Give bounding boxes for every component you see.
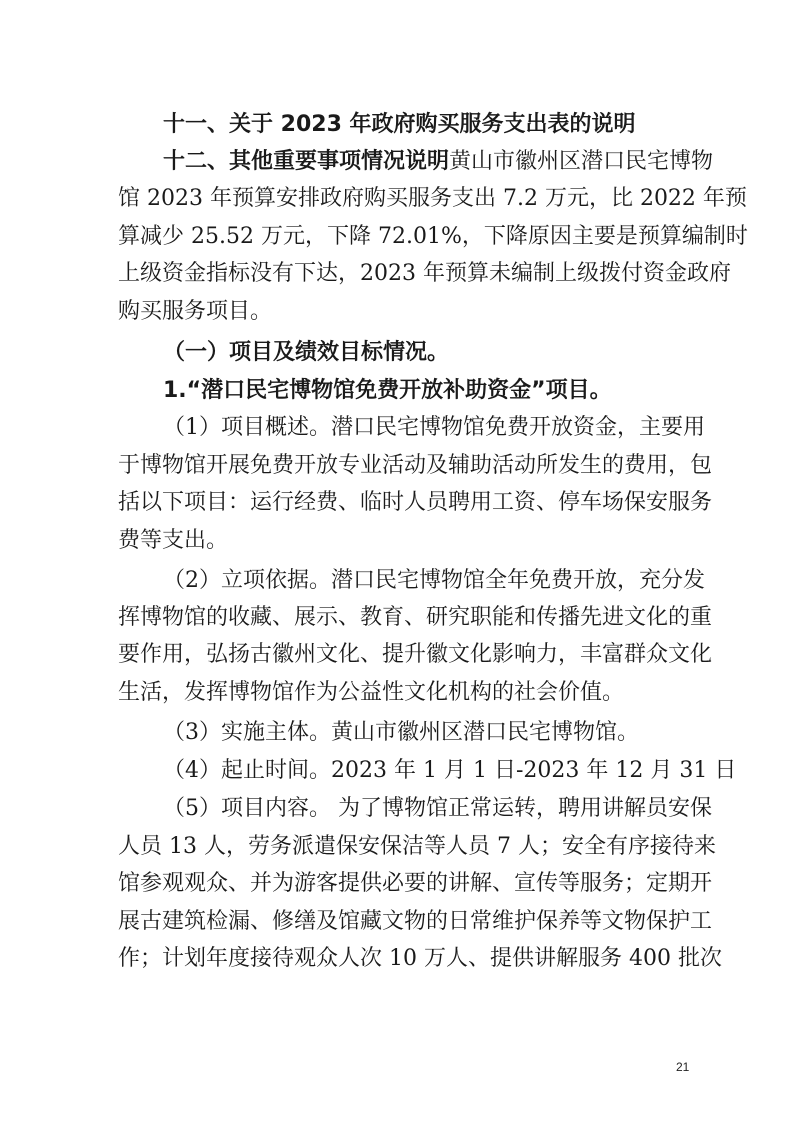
- paragraph-text: 黄山市徽州区潜口民宅博物: [449, 149, 713, 174]
- paragraph-line: 费等支出。: [118, 528, 692, 554]
- paragraph-line: （1）项目概述。潜口民宅博物馆免费开放资金，主要用: [163, 415, 692, 441]
- paragraph-line: （3）实施主体。黄山市徽州区潜口民宅博物馆。: [163, 720, 639, 746]
- paragraph-line: 购买服务项目。: [118, 299, 692, 325]
- paragraph-line: 上级资金指标没有下达，2023 年预算未编制上级拨付资金政府: [118, 261, 692, 287]
- paragraph-line: 生活，发挥博物馆作为公益性文化机构的社会价值。: [118, 680, 692, 706]
- item-heading: 1.“潜口民宅博物馆免费开放补助资金”项目。: [163, 378, 612, 404]
- paragraph-line: 于博物馆开展免费开放专业活动及辅助活动所发生的费用，包: [118, 453, 692, 479]
- paragraph-line: （2）立项依据。潜口民宅博物馆全年免费开放，充分发: [163, 568, 692, 594]
- page-number: 21: [676, 1060, 689, 1074]
- paragraph-line: 馆参观观众、并为游客提供必要的讲解、宣传等服务；定期开: [118, 871, 692, 897]
- paragraph-line: 算减少 25.52 万元，下降 72.01%，下降原因主要是预算编制时: [118, 224, 692, 250]
- paragraph-line: 人员 13 人，劳务派遣保安保洁等人员 7 人；安全有序接待来: [118, 834, 692, 860]
- paragraph-line: （5）项目内容。 为了博物馆正常运转，聘用讲解员安保: [163, 796, 692, 822]
- document-page: 十一、关于 2023 年政府购买服务支出表的说明 十二、其他重要事项情况说明黄山…: [0, 0, 793, 1122]
- paragraph-line: 作；计划年度接待观众人次 10 万人、提供讲解服务 400 批次: [118, 946, 692, 972]
- paragraph-line: 括以下项目：运行经费、临时人员聘用工资、停车场保安服务: [118, 490, 692, 516]
- subsection-heading: （一）项目及绩效目标情况。: [163, 340, 449, 366]
- paragraph-line: 馆 2023 年预算安排政府购买服务支出 7.2 万元，比 2022 年预: [118, 186, 692, 212]
- paragraph-line: （4）起止时间。2023 年 1 月 1 日-2023 年 12 月 31 日: [163, 758, 736, 784]
- paragraph-line: 要作用，弘扬古徽州文化、提升徽文化影响力，丰富群众文化: [118, 642, 692, 668]
- paragraph-line: 展古建筑检漏、修缮及馆藏文物的日常维护保养等文物保护工: [118, 909, 692, 935]
- section-heading-11: 十一、关于 2023 年政府购买服务支出表的说明: [163, 112, 636, 138]
- section-heading-12: 十二、其他重要事项情况说明: [163, 149, 449, 174]
- section-12-first-line: 十二、其他重要事项情况说明黄山市徽州区潜口民宅博物: [163, 149, 692, 175]
- paragraph-line: 挥博物馆的收藏、展示、教育、研究职能和传播先进文化的重: [118, 605, 692, 631]
